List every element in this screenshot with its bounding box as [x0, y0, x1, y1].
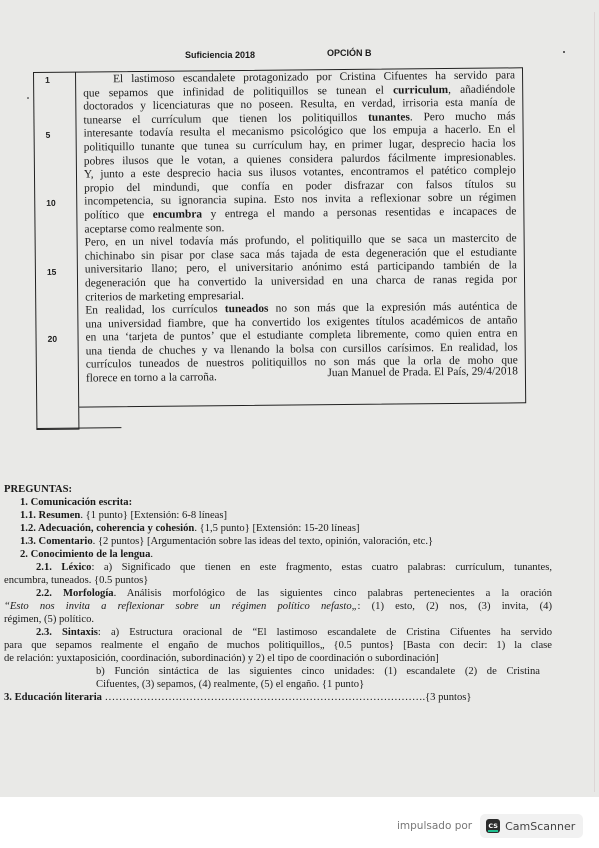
passage-box: 1 5 10 15 20 El lastimoso escandalete pr…: [33, 67, 526, 430]
question-line: 2. Conocimiento de la lengua.: [4, 548, 564, 561]
camscanner-brand: CamScanner: [505, 820, 575, 833]
question-line: 2.1. Léxico: a) Significado que tienen e…: [4, 561, 552, 574]
line-number: 5: [46, 130, 51, 140]
exam-header: Suficiencia 2018 OPCIÓN B: [0, 48, 599, 62]
question-line: de relación: yuxtaposición, coordinación…: [4, 652, 564, 665]
question-line: régimen, (5) político.: [4, 613, 564, 626]
scanned-page: Suficiencia 2018 OPCIÓN B 1 5 10 15 20 E…: [0, 0, 599, 797]
questions-title: PREGUNTAS:: [4, 483, 564, 496]
question-line: b) Función sintáctica de las siguientes …: [4, 665, 540, 678]
question-line: “Esto nos invita a reflexionar sobre un …: [4, 600, 552, 613]
passage-citation: Juan Manuel de Prada. El País, 29/4/2018: [327, 365, 518, 379]
camscanner-logo-icon: CS: [486, 819, 500, 833]
question-line: encumbra, tuneados. {0.5 puntos}: [4, 574, 564, 587]
camscanner-badge: CS CamScanner: [480, 814, 583, 838]
line-number-column: [33, 72, 78, 430]
questions-list: 1. Comunicación escrita:1.1. Resumen. {1…: [4, 496, 564, 704]
line-number: 1: [45, 75, 50, 85]
exam-session: Suficiencia 2018: [185, 50, 255, 60]
passage-text: El lastimoso escandalete protagonizado p…: [83, 69, 518, 386]
box-border: [78, 408, 79, 430]
question-line: 1. Comunicación escrita:: [4, 496, 564, 509]
question-line: Cifuentes, (3) sepamos, (4) realmente, (…: [4, 678, 564, 691]
questions-section: PREGUNTAS: 1. Comunicación escrita:1.1. …: [4, 483, 564, 704]
question-line: 2.2. Morfología. Análisis morfológico de…: [4, 587, 552, 600]
exam-option: OPCIÓN B: [327, 48, 372, 58]
question-line: para que sepamos realmente el engaño de …: [4, 639, 552, 652]
line-number: 10: [46, 198, 56, 208]
question-line: 3. Educación literaria ………………………………………………: [4, 691, 564, 704]
powered-by-label: impulsado por: [397, 820, 472, 832]
line-number: 15: [47, 267, 57, 277]
question-line: 1.1. Resumen. {1 punto} [Extensión: 6-8 …: [4, 509, 564, 522]
question-line: 2.3. Sintaxis: a) Estructura oracional d…: [4, 626, 552, 639]
question-line: 1.3. Comentario. {2 puntos} [Argumentaci…: [4, 535, 564, 548]
camscanner-watermark: impulsado por CS CamScanner: [397, 814, 583, 838]
line-number: 20: [48, 334, 58, 344]
question-line: 1.2. Adecuación, coherencia y cohesión. …: [4, 522, 564, 535]
speck: [27, 97, 29, 99]
